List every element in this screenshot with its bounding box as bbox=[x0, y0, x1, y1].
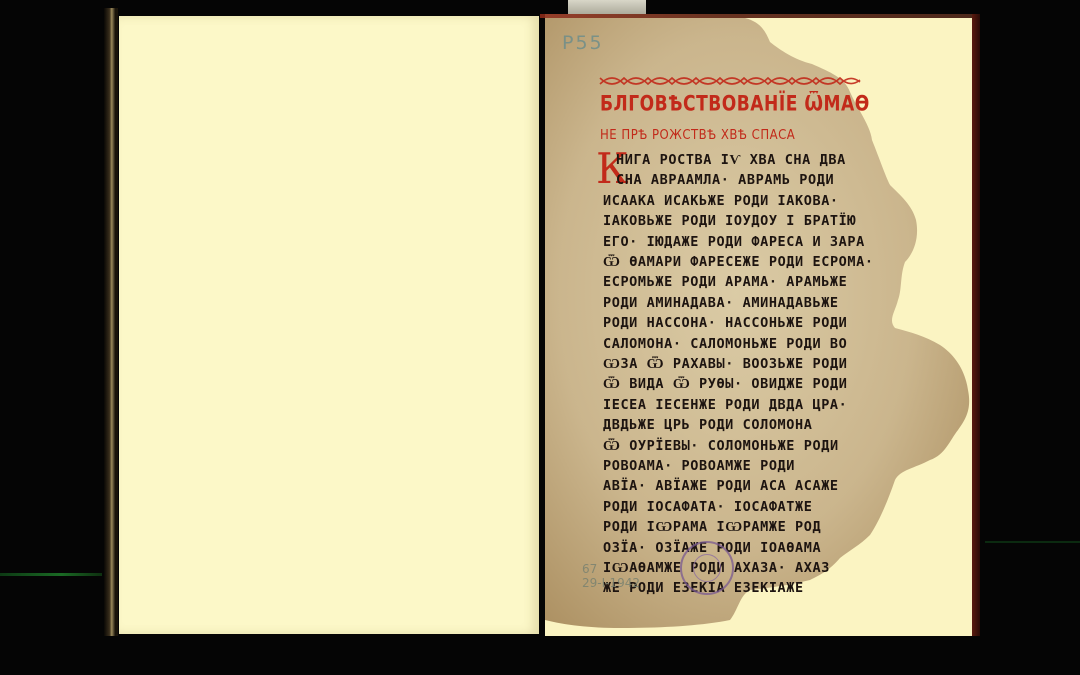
manuscript-line: РОДИ ІѠРАМА ІѠРАМЖЕ РОД bbox=[603, 519, 821, 535]
manuscript-line: ЕСРОМЬЖЕ РОДИ АРАМА· АРАМЬЖЕ bbox=[603, 274, 847, 290]
manuscript-line: Ѿ ѲАМАРИ ФАРЕСЕЖЕ РОДИ ЕСРОМА· bbox=[603, 254, 874, 270]
manuscript-line: ІАКОВЬЖЕ РОДИ ІОУДОУ І БРАТЇЮ bbox=[603, 213, 856, 229]
manuscript-line: САЛОМОНА· САЛОМОНЬЖЕ РОДИ ВО bbox=[603, 336, 847, 352]
manuscript-line: РОДИ ІОСАФАТА· ІОСАФАТЖЕ bbox=[603, 499, 812, 515]
manuscript-line: ИСААКА ИСАКЬЖЕ РОДИ ІАКОВА· bbox=[603, 193, 839, 209]
library-stamp bbox=[680, 541, 734, 595]
manuscript-line: Ѿ ОУРЇЕВЫ· СОЛОМОНЬЖЕ РОДИ bbox=[603, 438, 839, 454]
manuscript-line: Ѿ ВИДА Ѿ РУѲЫ· ОВИДЖЕ РОДИ bbox=[603, 376, 847, 392]
shelfmark: P55 bbox=[562, 32, 604, 54]
parchment-fragment bbox=[0, 0, 1080, 675]
stamp-emblem bbox=[693, 554, 721, 582]
manuscript-line: НИГА РОСТВА ІѴ ХВА СНА ДВА bbox=[616, 152, 846, 168]
pencil-note-number: 67 bbox=[582, 562, 597, 576]
manuscript-line: РОВОАМА· РОВОАМЖЕ РОДИ bbox=[603, 458, 795, 474]
manuscript-line: РОДИ АМИНАДАВА· АМИНАДАВЬЖЕ bbox=[603, 295, 839, 311]
pencil-note-date: 29-I-1942 bbox=[582, 576, 640, 590]
manuscript-line: ІЕСЕА ІЕСЕНЖЕ РОДИ ДВДА ЦРА· bbox=[603, 397, 847, 413]
rubric-title-line-2: НЕ ПРѢ РОЖСТВѢ ХВѢ СПАСА bbox=[600, 128, 795, 143]
manuscript-line: СНА АВРААМЛА· АВРАМЬ РОДИ bbox=[616, 172, 834, 188]
manuscript-line: РОДИ НАССОНА· НАССОНЬЖЕ РОДИ bbox=[603, 315, 847, 331]
rubric-title-line-1: БЛГОВѢСТВОВАНЇЕ ѾМАѲ bbox=[600, 92, 870, 116]
manuscript-line: ѠЗА Ѿ РАХАВЫ· ВООЗЬЖЕ РОДИ bbox=[603, 356, 847, 372]
manuscript-line: ДВДЬЖЕ ЦРЬ РОДИ СОЛОМОНА bbox=[603, 417, 812, 433]
manuscript-line: ЕГО· ІЮДАЖЕ РОДИ ФАРЕСА И ЗАРА bbox=[603, 234, 865, 250]
manuscript-scan: P55 БЛГОВѢСТВОВАНЇЕ ѾМАѲ НЕ ПРѢ РОЖСТВѢ … bbox=[0, 0, 1080, 675]
manuscript-line: АВЇА· АВЇАЖЕ РОДИ АСА АСАЖЕ bbox=[603, 478, 839, 494]
